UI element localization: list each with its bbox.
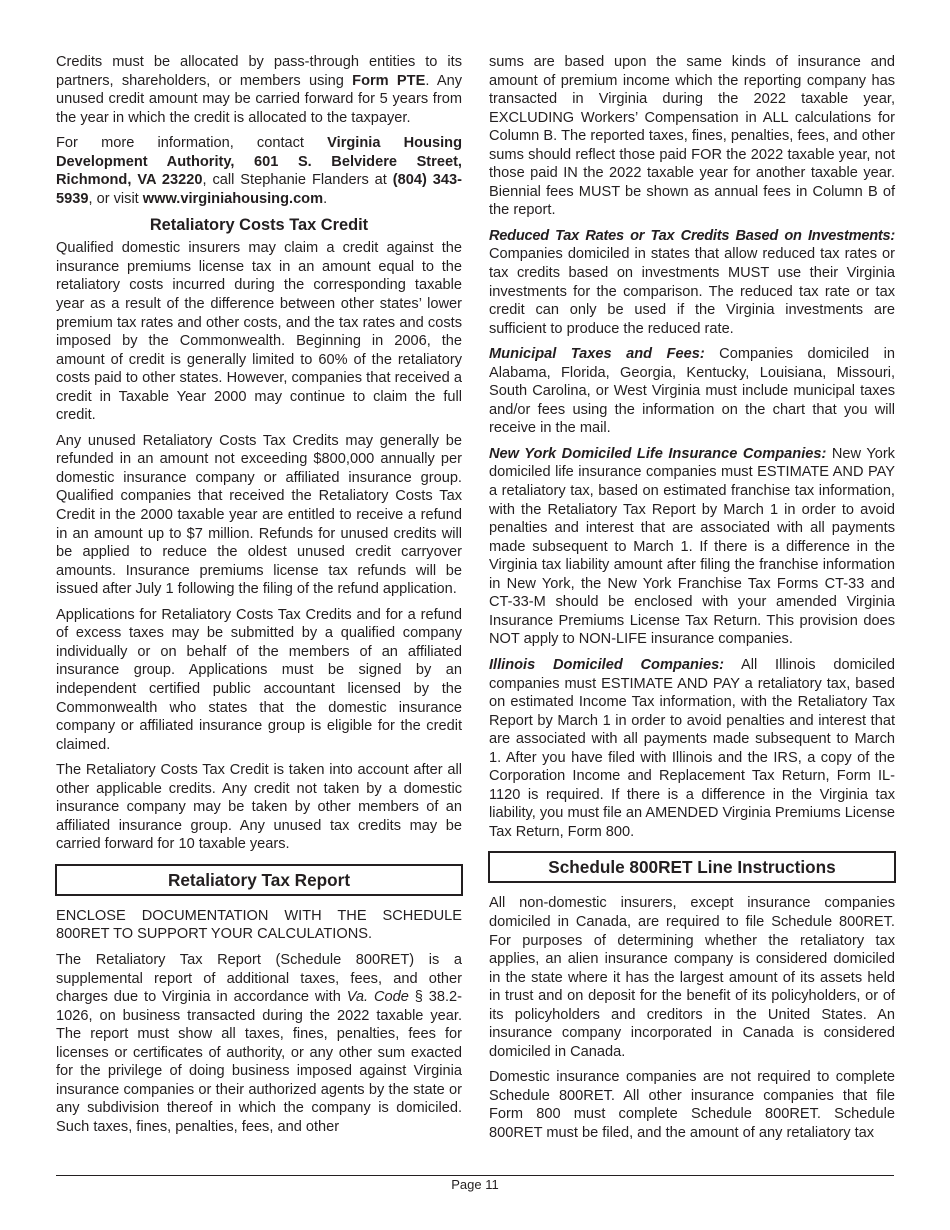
- illinois-domiciled-label: Illinois Domiciled Companies:: [489, 657, 724, 673]
- illinois-domiciled-paragraph: Illinois Domiciled Companies: All Illino…: [489, 656, 895, 841]
- form-pte-reference: Form PTE: [352, 73, 425, 89]
- left-column: Credits must be allocated by pass-throug…: [56, 53, 462, 1143]
- retaliatory-costs-tax-credit-heading: Retaliatory Costs Tax Credit: [56, 215, 462, 235]
- municipal-taxes-label: Municipal Taxes and Fees:: [489, 346, 705, 362]
- right-column: sums are based upon the same kinds of in…: [489, 53, 895, 1150]
- reduced-tax-rates-paragraph: Reduced Tax Rates or Tax Credits Based o…: [489, 227, 895, 338]
- unused-credit-refund-paragraph: Any unused Retaliatory Costs Tax Credits…: [56, 432, 462, 599]
- domestic-exemption-paragraph: Domestic insurance companies are not req…: [489, 1068, 895, 1142]
- new-york-life-label: New York Domiciled Life Insurance Compan…: [489, 446, 826, 462]
- credit-ordering-paragraph: The Retaliatory Costs Tax Credit is take…: [56, 761, 462, 854]
- new-york-life-paragraph: New York Domiciled Life Insurance Compan…: [489, 445, 895, 649]
- retaliatory-tax-report-heading: Retaliatory Tax Report: [55, 864, 463, 896]
- footer-divider: [56, 1175, 894, 1176]
- reduced-tax-rates-label: Reduced Tax Rates or Tax Credits Based o…: [489, 228, 895, 244]
- schedule-800ret-line-instructions-heading: Schedule 800RET Line Instructions: [488, 851, 896, 883]
- tax-report-description-paragraph: The Retaliatory Tax Report (Schedule 800…: [56, 951, 462, 1136]
- municipal-taxes-paragraph: Municipal Taxes and Fees: Companies domi…: [489, 345, 895, 438]
- page-number: Page 11: [0, 1177, 950, 1193]
- credit-eligibility-paragraph: Qualified domestic insurers may claim a …: [56, 239, 462, 424]
- column-b-calculation-paragraph: sums are based upon the same kinds of in…: [489, 53, 895, 220]
- va-code-citation: Va. Code: [347, 989, 409, 1005]
- non-domestic-insurers-paragraph: All non-domestic insurers, except insura…: [489, 894, 895, 1061]
- pte-allocation-paragraph: Credits must be allocated by pass-throug…: [56, 53, 462, 127]
- enclose-documentation-notice: ENCLOSE DOCUMENTATION WITH THE SCHEDULE …: [56, 907, 462, 944]
- vhda-website-link[interactable]: www.virginiahousing.com: [143, 191, 323, 207]
- credit-application-paragraph: Applications for Retaliatory Costs Tax C…: [56, 606, 462, 754]
- contact-info-paragraph: For more information, contact Virginia H…: [56, 134, 462, 208]
